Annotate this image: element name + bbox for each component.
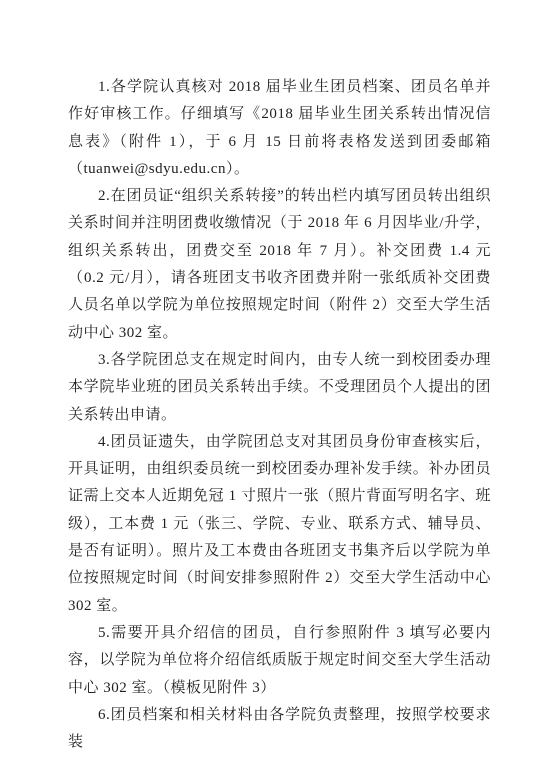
paragraph-6: 6.团员档案和相关材料由各学院负责整理，按照学校要求装 [68, 702, 491, 757]
paragraph-3: 3.各学院团总支在规定时间内，由专人统一到校团委办理本学院毕业班的团员关系转出手… [68, 347, 491, 429]
document-page: 1.各学院认真核对 2018 届毕业生团员档案、团员名单并作好审核工作。仔细填写… [0, 0, 554, 772]
paragraph-4: 4.团员证遗失，由学院团总支对其团员身份审查核实后，开具证明，由组织委员统一到校… [68, 429, 491, 620]
paragraph-2: 2.在团员证“组织关系转接”的转出栏内填写团员转出组织关系时间并注明团费收缴情况… [68, 183, 491, 347]
paragraph-1: 1.各学院认真核对 2018 届毕业生团员档案、团员名单并作好审核工作。仔细填写… [68, 74, 491, 183]
document-body: 1.各学院认真核对 2018 届毕业生团员档案、团员名单并作好审核工作。仔细填写… [68, 74, 491, 756]
paragraph-5: 5.需要开具介绍信的团员，自行参照附件 3 填写必要内容，以学院为单位将介绍信纸… [68, 620, 491, 702]
